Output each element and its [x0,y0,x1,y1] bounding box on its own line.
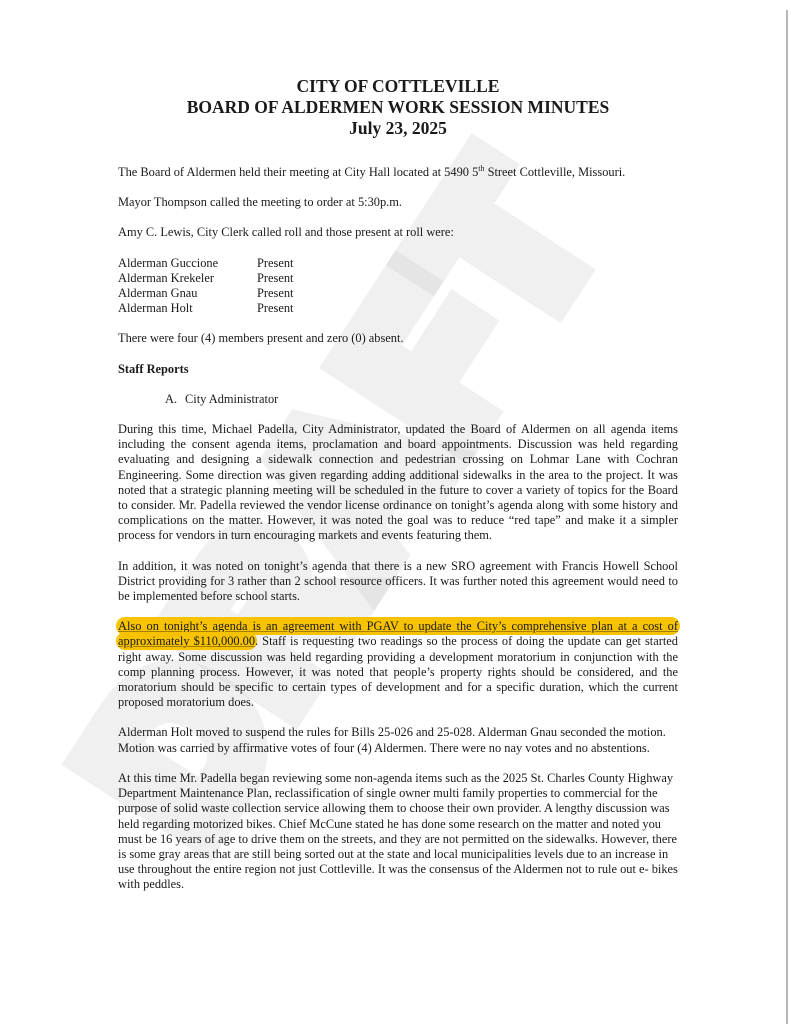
meeting-location: The Board of Aldermen held their meeting… [118,165,678,180]
page-edge-line [786,10,788,1024]
roll-status: Present [257,256,678,271]
document-header: CITY OF COTTLEVILLE BOARD OF ALDERMEN WO… [118,76,678,139]
roll-name: Alderman Guccione [118,256,257,271]
roll-name: Alderman Gnau [118,286,257,301]
city-title: CITY OF COTTLEVILLE [118,76,678,97]
staff-reports-heading: Staff Reports [118,362,678,377]
roll-name: Alderman Holt [118,301,257,316]
meeting-date: July 23, 2025 [118,118,678,139]
paragraph-sro-agreement: In addition, it was noted on tonight’s a… [118,559,678,605]
paragraph-pgav-agreement: Also on tonight’s agenda is an agreement… [118,619,678,710]
roll-call-intro: Amy C. Lewis, City Clerk called roll and… [118,225,678,240]
minutes-page: CITY OF COTTLEVILLE BOARD OF ALDERMEN WO… [118,76,678,893]
roll-status: Present [257,301,678,316]
city-administrator-subheading: A.City Administrator [118,392,678,407]
quorum-statement: There were four (4) members present and … [118,331,678,346]
minutes-title: BOARD OF ALDERMEN WORK SESSION MINUTES [118,97,678,118]
roll-status: Present [257,286,678,301]
paragraph-motion: Alderman Holt moved to suspend the rules… [118,725,678,755]
paragraph-non-agenda-items: At this time Mr. Padella began reviewing… [118,771,678,893]
roll-call-list: Alderman Guccione Present Alderman Kreke… [118,256,678,317]
roll-status: Present [257,271,678,286]
roll-name: Alderman Krekeler [118,271,257,286]
paragraph-administrator-update: During this time, Michael Padella, City … [118,422,678,544]
call-to-order: Mayor Thompson called the meeting to ord… [118,195,678,210]
